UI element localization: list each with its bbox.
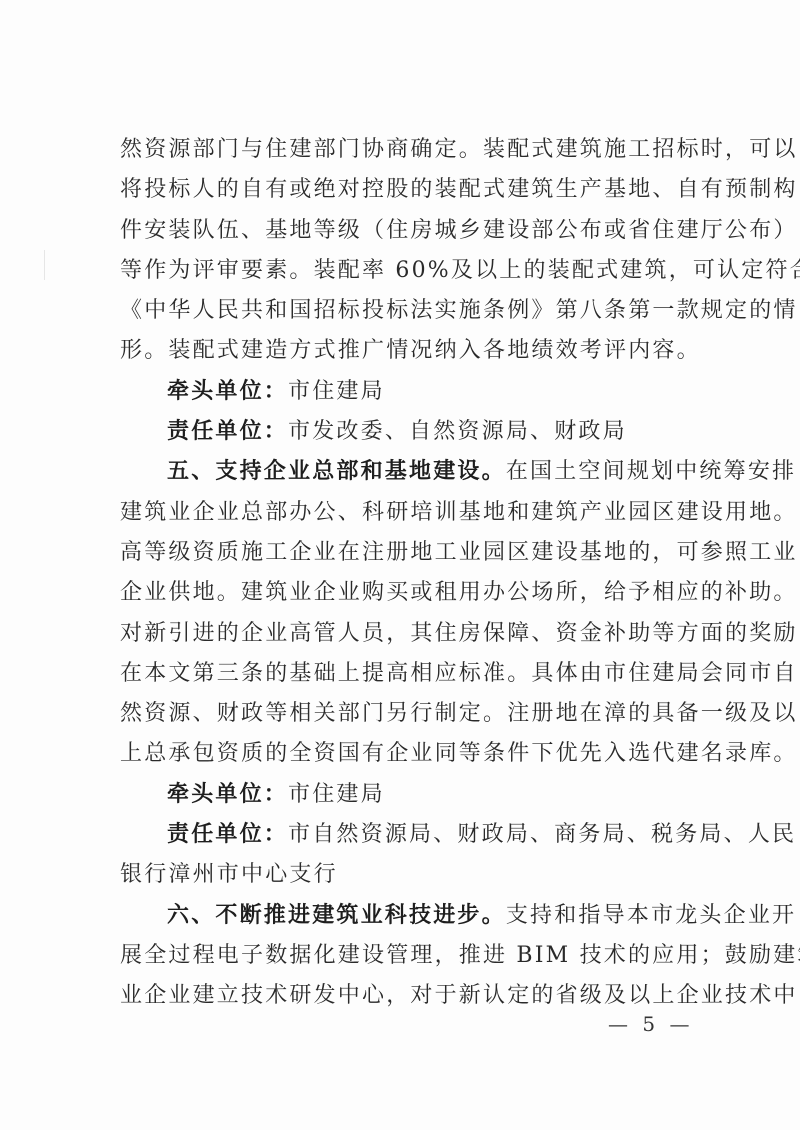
text-line: 在本文第三条的基础上提高相应标准。具体由市住建局会同市自 — [120, 654, 715, 694]
text-line: 高等级资质施工企业在注册地工业园区建设基地的，可参照工业 — [120, 533, 715, 573]
section-five-heading-line: 五、支持企业总部和基地建设。在国土空间规划中统筹安排 — [120, 452, 715, 492]
document-body: 然资源部门与住建部门协商确定。装配式建筑施工招标时，可以 将投标人的自有或绝对控… — [120, 130, 715, 1017]
text-line: 形。装配式建造方式推广情况纳入各地绩效考评内容。 — [120, 331, 715, 371]
text-line: 然资源部门与住建部门协商确定。装配式建筑施工招标时，可以 — [120, 130, 715, 170]
responsible-unit-label: 责任单位： — [167, 419, 288, 444]
text-line: 建筑业企业总部办公、科研培训基地和建筑产业园区建设用地。 — [120, 493, 715, 533]
text-line: 件安装队伍、基地等级（住房城乡建设部公布或省住建厅公布） — [120, 211, 715, 251]
responsible-unit-label: 责任单位： — [167, 822, 288, 847]
responsible-unit-continuation: 银行漳州市中心支行 — [120, 855, 715, 895]
lead-unit-label: 牵头单位： — [167, 782, 288, 807]
text-line: 将投标人的自有或绝对控股的装配式建筑生产基地、自有预制构 — [120, 170, 715, 210]
section-text: 在国土空间规划中统筹安排 — [506, 459, 796, 484]
text-line: 对新引进的企业高管人员，其住房保障、资金补助等方面的奖励 — [120, 614, 715, 654]
lead-unit-value: 市住建局 — [288, 379, 385, 404]
lead-unit-label: 牵头单位： — [167, 379, 288, 404]
responsible-unit-value: 市发改委、自然资源局、财政局 — [288, 419, 627, 444]
lead-unit-value: 市住建局 — [288, 782, 385, 807]
responsible-unit-value: 市自然资源局、财政局、商务局、税务局、人民 — [288, 822, 796, 847]
text-line: 《中华人民共和国招标投标法实施条例》第八条第一款规定的情 — [120, 291, 715, 331]
section-heading: 五、支持企业总部和基地建设。 — [167, 459, 506, 484]
text-line: 然资源、财政等相关部门另行制定。注册地在漳的具备一级及以 — [120, 694, 715, 734]
text-line: 业企业建立技术研发中心，对于新认定的省级及以上企业技术中 — [120, 976, 715, 1016]
section-heading: 六、不断推进建筑业科技进步。 — [167, 903, 506, 928]
page-number: — 5 — — [608, 1012, 693, 1036]
responsible-unit-line: 责任单位：市自然资源局、财政局、商务局、税务局、人民 — [120, 815, 715, 855]
section-text: 支持和指导本市龙头企业开 — [506, 903, 796, 928]
responsible-unit-line: 责任单位：市发改委、自然资源局、财政局 — [120, 412, 715, 452]
lead-unit-line: 牵头单位：市住建局 — [120, 775, 715, 815]
document-page: 然资源部门与住建部门协商确定。装配式建筑施工招标时，可以 将投标人的自有或绝对控… — [0, 0, 800, 1130]
lead-unit-line: 牵头单位：市住建局 — [120, 372, 715, 412]
text-line: 等作为评审要素。装配率 60%及以上的装配式建筑，可认定符合 — [120, 251, 715, 291]
text-line: 上总承包资质的全资国有企业同等条件下优先入选代建名录库。 — [120, 734, 715, 774]
scan-margin-mark — [44, 250, 45, 280]
section-six-heading-line: 六、不断推进建筑业科技进步。支持和指导本市龙头企业开 — [120, 896, 715, 936]
text-line: 展全过程电子数据化建设管理，推进 BIM 技术的应用；鼓励建筑 — [120, 936, 715, 976]
text-line: 企业供地。建筑业企业购买或租用办公场所，给予相应的补助。 — [120, 573, 715, 613]
